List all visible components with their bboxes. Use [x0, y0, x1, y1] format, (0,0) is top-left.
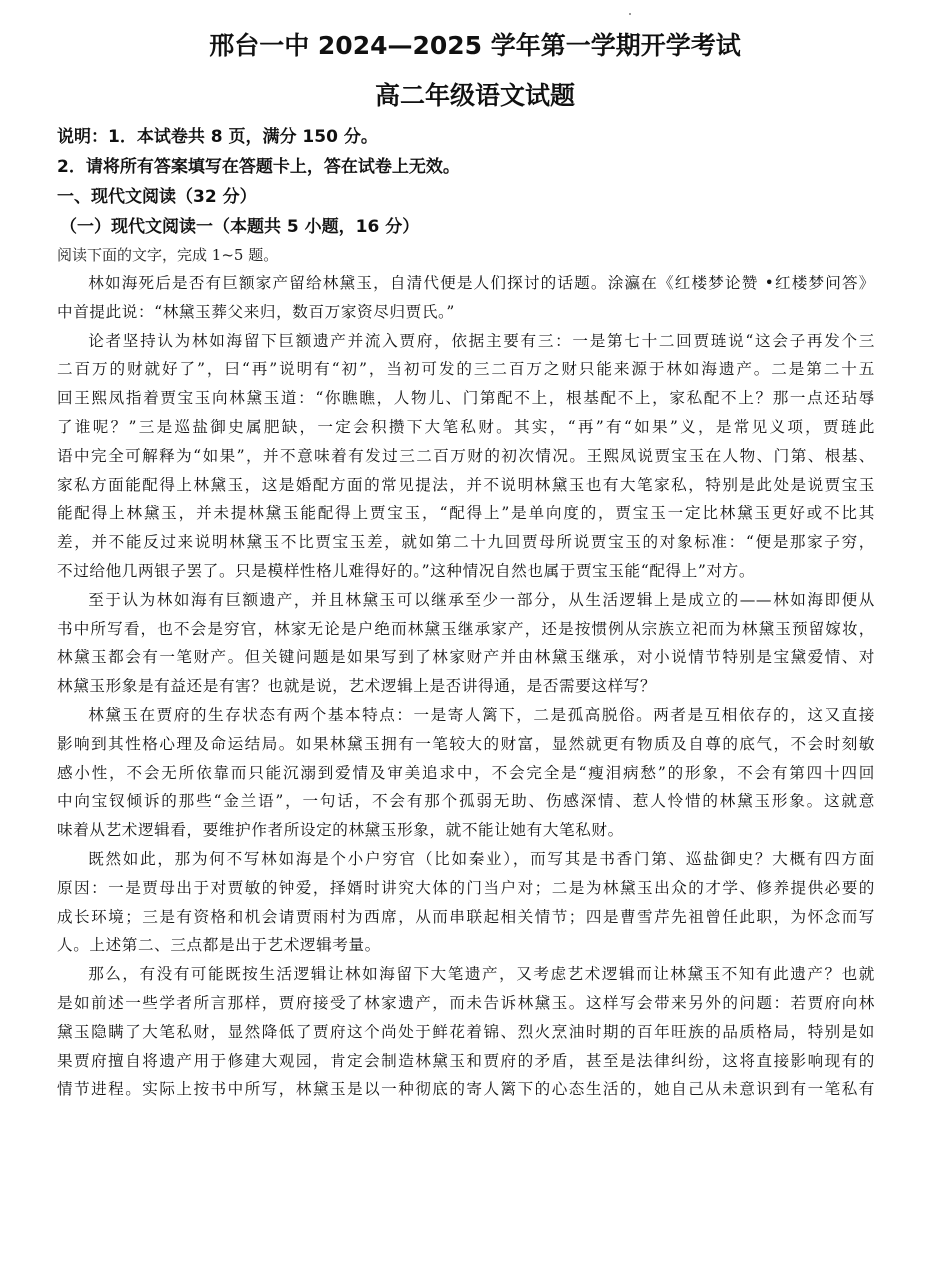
reading-passage: 林如海死后是否有巨额家产留给林黛玉，自清代便是人们探讨的话题。涂瀛在《红楼梦论赞… [57, 269, 875, 1104]
passage-paragraph-1: 林如海死后是否有巨额家产留给林黛玉，自清代便是人们探讨的话题。涂瀛在《红楼梦论赞… [57, 269, 875, 327]
passage-line: 论者坚持认为林如海留下巨额遗产并流入贾府，依据主要有三：一是第七十二回贾琏说“这… [57, 327, 875, 356]
passage-line: 黛玉隐瞒了大笔私财，显然降低了贾府这个尚处于鲜花着锦、烈火烹油时期的百年旺族的品… [57, 1018, 875, 1047]
passage-line: 是如前述一些学者所言那样，贾府接受了林家遗产，而未告诉林黛玉。这样写会带来另外的… [57, 989, 875, 1018]
passage-line: 林黛玉形象是有益还是有害？也就是说，艺术逻辑上是否讲得通，是否需要这样写？ [57, 672, 875, 701]
passage-line: 二百万的财就好了”，曰“再”说明有“初”，当初可发的三二百万之财只能来源于林如海… [57, 355, 875, 384]
passage-line: 了谁呢？”三是巡盐御史属肥缺，一定会积攒下大笔私财。其实，“再”有“如果”义，是… [57, 413, 875, 442]
exam-title: 邢台一中 2024—2025 学年第一学期开学考试 [0, 26, 950, 62]
passage-line: 情节进程。实际上按书中所写，林黛玉是以一种彻底的寄人篱下的心态生活的，她自己从未… [57, 1075, 875, 1104]
passage-line: 差，并不能反过来说明林黛玉不比贾宝玉差，就如第二十九回贾母所说贾宝玉的对象标准：… [57, 528, 875, 557]
passage-line: 至于认为林如海有巨额遗产，并且林黛玉可以继承至少一部分，从生活逻辑上是成立的——… [57, 586, 875, 615]
passage-line: 林如海死后是否有巨额家产留给林黛玉，自清代便是人们探讨的话题。涂瀛在《红楼梦论赞… [57, 269, 875, 298]
exam-note-1: 说明：1．本试卷共 8 页，满分 150 分。 [57, 122, 378, 147]
exam-subtitle: 高二年级语文试题 [0, 76, 950, 112]
passage-line: 成长环境；三是有资格和机会请贾雨村为西席，从而串联起相关情节；四是曹雪芹先祖曾任… [57, 903, 875, 932]
passage-line: 语中完全可解释为“如果”，并不意味着有发过三二百万财的初次情况。王熙凤说贾宝玉在… [57, 442, 875, 471]
passage-line: 回王熙凤指着贾宝玉向林黛玉道：“你瞧瞧，人物儿、门第配不上，根基配不上，家私配不… [57, 384, 875, 413]
passage-line: 味着从艺术逻辑看，要维护作者所设定的林黛玉形象，就不能让她有大笔私财。 [57, 816, 875, 845]
passage-paragraph-2: 论者坚持认为林如海留下巨额遗产并流入贾府，依据主要有三：一是第七十二回贾琏说“这… [57, 327, 875, 586]
passage-line: 林黛玉都会有一笔财产。但关键问题是如果写到了林家财产并由林黛玉继承，对小说情节特… [57, 643, 875, 672]
passage-line: 能配得上林黛玉，并未提林黛玉能配得上贾宝玉，“配得上”是单向度的，贾宝玉一定比林… [57, 499, 875, 528]
passage-line: 家私方面能配得上林黛玉，这是婚配方面的常见提法，并不说明林黛玉也有大笔家私，特别… [57, 471, 875, 500]
passage-line: 不过给他几两银子罢了。只是模样性格儿难得好的。”这种情况自然也属于贾宝玉能“配得… [57, 557, 875, 586]
passage-line: 中首提此说：“林黛玉葬父来归，数百万家资尽归贾氏。” [57, 298, 875, 327]
passage-paragraph-5: 既然如此，那为何不写林如海是个小户穷官（比如秦业），而写其是书香门第、巡盐御史？… [57, 845, 875, 960]
scan-speck [629, 13, 631, 15]
passage-line: 原因：一是贾母出于对贾敏的钟爱，择婿时讲究大体的门当户对；二是为林黛玉出众的才学… [57, 874, 875, 903]
passage-paragraph-6: 那么，有没有可能既按生活逻辑让林如海留下大笔遗产，又考虑艺术逻辑而让林黛玉不知有… [57, 960, 875, 1104]
passage-line: 果贾府擅自将遗产用于修建大观园，肯定会制造林黛玉和贾府的矛盾，甚至是法律纠纷，这… [57, 1047, 875, 1076]
passage-paragraph-3: 至于认为林如海有巨额遗产，并且林黛玉可以继承至少一部分，从生活逻辑上是成立的——… [57, 586, 875, 701]
passage-line: 书中所写看，也不会是穷官，林家无论是户绝而林黛玉继承家产，还是按惯例从宗族立祀而… [57, 615, 875, 644]
subsection-title: （一）现代文阅读一（本题共 5 小题，16 分） [60, 212, 419, 237]
passage-line: 那么，有没有可能既按生活逻辑让林如海留下大笔遗产，又考虑艺术逻辑而让林黛玉不知有… [57, 960, 875, 989]
passage-line: 影响到其性格心理及命运结局。如果林黛玉拥有一笔较大的财富，显然就更有物质及自尊的… [57, 730, 875, 759]
passage-line: 感小性，不会无所依靠而只能沉溺到爱情及审美追求中，不会完全是“瘦泪病愁”的形象，… [57, 759, 875, 788]
exam-note-2: 2．请将所有答案填写在答题卡上，答在试卷上无效。 [57, 152, 460, 177]
reading-instruction: 阅读下面的文字，完成 1~5 题。 [57, 244, 278, 265]
passage-line: 既然如此，那为何不写林如海是个小户穷官（比如秦业），而写其是书香门第、巡盐御史？… [57, 845, 875, 874]
passage-line: 林黛玉在贾府的生存状态有两个基本特点：一是寄人篱下，二是孤高脱俗。两者是互相依存… [57, 701, 875, 730]
passage-paragraph-4: 林黛玉在贾府的生存状态有两个基本特点：一是寄人篱下，二是孤高脱俗。两者是互相依存… [57, 701, 875, 845]
section-title: 一、现代文阅读（32 分） [57, 182, 257, 207]
passage-line: 中向宝钗倾诉的那些“金兰语”，一句话，不会有那个孤弱无助、伤感深情、惹人怜惜的林… [57, 787, 875, 816]
passage-line: 人。上述第二、三点都是出于艺术逻辑考量。 [57, 931, 875, 960]
